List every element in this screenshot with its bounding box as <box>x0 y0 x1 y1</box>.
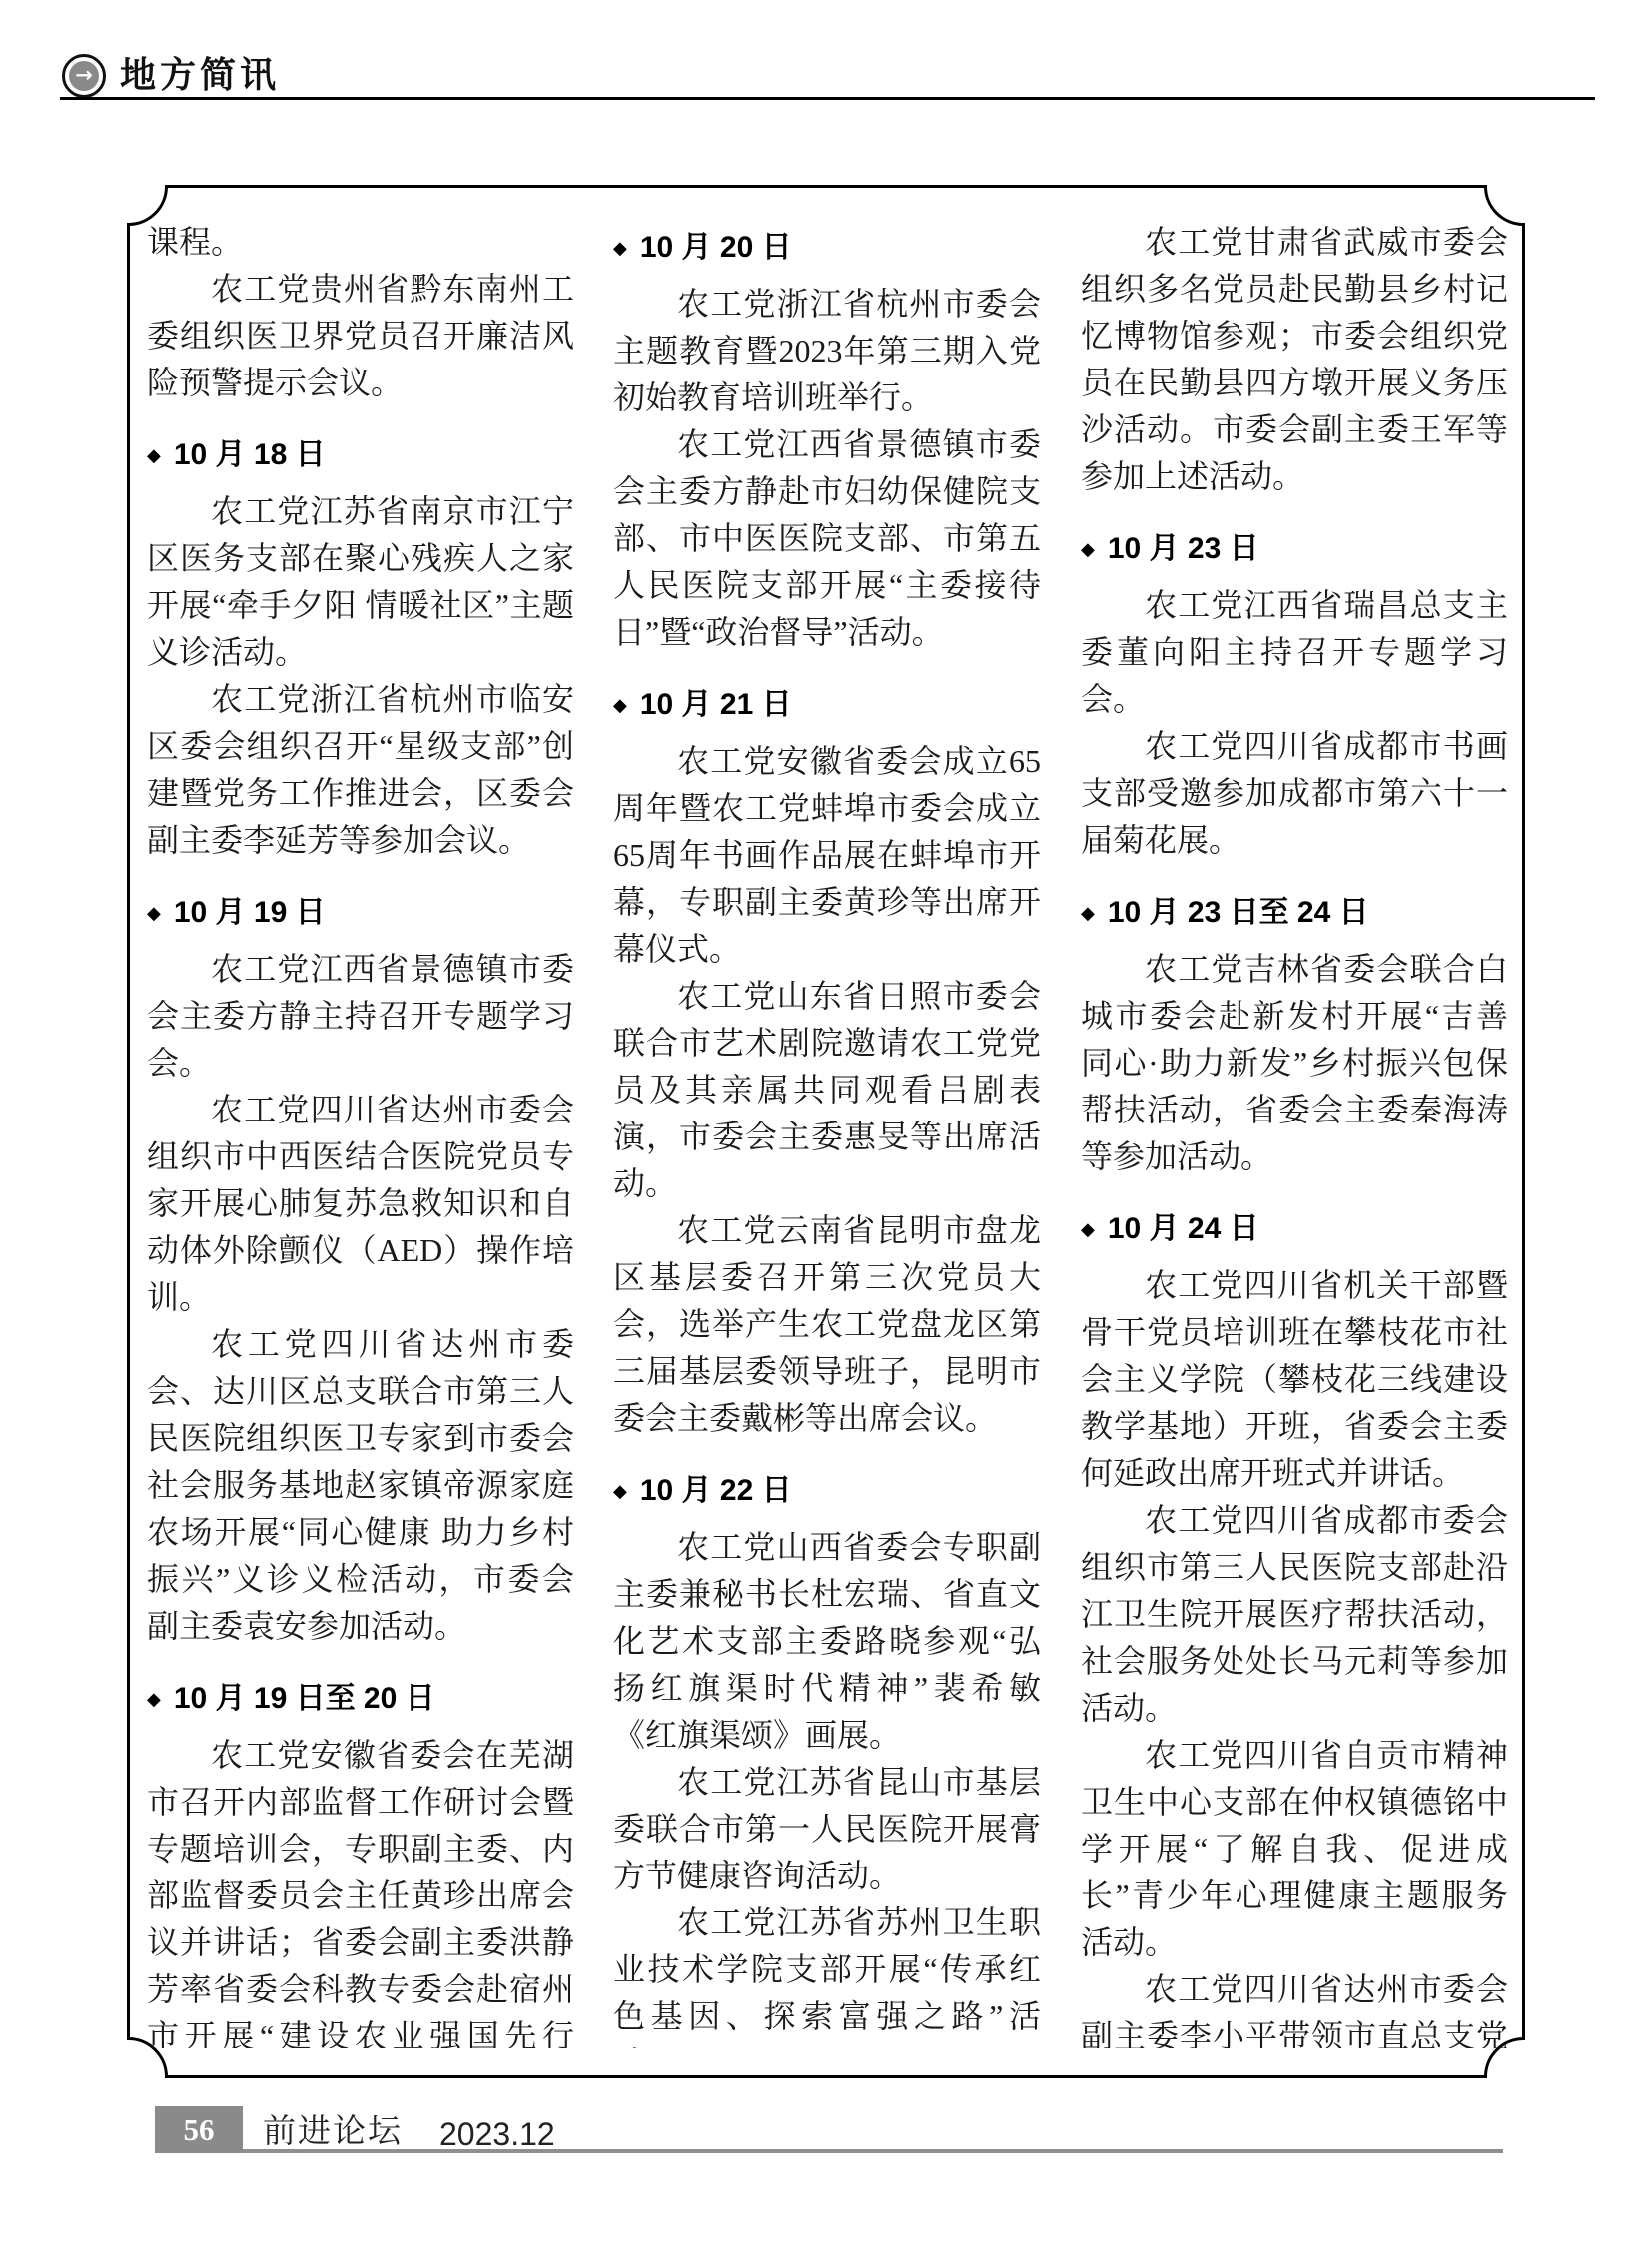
right-arrow-icon: → <box>75 65 93 86</box>
date-heading: ◆10 月 19 日 <box>147 891 574 935</box>
text-column-1: 课程。农工党贵州省黔东南州工委组织医卫界党员召开廉洁风险预警提示会议。◆10 月… <box>147 219 574 2048</box>
date-heading-text: 10 月 23 日 <box>1108 527 1259 571</box>
paragraph: 农工党甘肃省武威市委会组织多名党员赴民勤县乡村记忆博物馆参观；市委会组织党员在民… <box>1081 219 1508 500</box>
paragraph: 农工党四川省成都市委会组织市第三人民医院支部赴沿江卫生院开展医疗帮扶活动，社会服… <box>1081 1497 1508 1732</box>
paragraph: 农工党江苏省南京市江宁区医务支部在聚心残疾人之家开展“牵手夕阳 情暖社区”主题义… <box>147 488 574 676</box>
diamond-bullet-icon: ◆ <box>1081 541 1095 559</box>
date-heading-text: 10 月 21 日 <box>640 683 792 727</box>
paragraph: 课程。 <box>147 219 574 266</box>
paragraph: 农工党四川省达州市委会、达川区总支联合市第三人民医院组织医卫专家到市委会社会服务… <box>147 1321 574 1650</box>
paragraph: 农工党四川省自贡市精神卫生中心支部在仲权镇德铭中学开展“了解自我、促进成长”青少… <box>1081 1732 1508 1966</box>
paragraph: 农工党江西省景德镇市委会主委方静赴市妇幼保健院支部、市中医医院支部、市第五人民医… <box>613 421 1041 656</box>
paragraph: 农工党山西省委会专职副主委兼秘书长杜宏瑞、省直文化艺术支部主委路晓参观“弘扬红旗… <box>613 1524 1041 1759</box>
paragraph: 农工党浙江省杭州市委会主题教育暨2023年第三期入党初始教育培训班举行。 <box>613 281 1041 421</box>
date-heading: ◆10 月 21 日 <box>613 683 1041 727</box>
date-heading-text: 10 月 22 日 <box>640 1469 792 1513</box>
magazine-page: → 地方简讯 课程。农工党贵州省黔东南州工委组织医卫界党员召开廉洁风险预警提示会… <box>0 0 1652 2242</box>
paragraph: 农工党四川省机关干部暨骨干党员培训班在攀枝花市社会主义学院（攀枝花三线建设教学基… <box>1081 1262 1508 1497</box>
date-heading-text: 10 月 19 日至 20 日 <box>174 1677 435 1721</box>
paragraph: 农工党贵州省黔东南州工委组织医卫界党员召开廉洁风险预警提示会议。 <box>147 266 574 406</box>
diamond-bullet-icon: ◆ <box>147 447 161 465</box>
arrow-disc-icon: → <box>69 61 99 91</box>
section-title: 地方简讯 <box>120 53 280 97</box>
paragraph: 农工党云南省昆明市盘龙区基层委召开第三次党员大会，选举产生农工党盘龙区第三届基层… <box>613 1207 1041 1442</box>
text-column-2: ◆10 月 20 日农工党浙江省杭州市委会主题教育暨2023年第三期入党初始教育… <box>613 219 1041 2048</box>
paragraph: 农工党江西省景德镇市委会主委方静主持召开专题学习会。 <box>147 946 574 1087</box>
date-heading-text: 10 月 19 日 <box>174 891 326 935</box>
paragraph: 农工党江苏省昆山市基层委联合市第一人民医院开展膏方节健康咨询活动。 <box>613 1759 1041 1899</box>
diamond-bullet-icon: ◆ <box>147 1691 161 1709</box>
paragraph: 农工党安徽省委会在芜湖市召开内部监督工作研讨会暨专题培训会，专职副主委、内部监督… <box>147 1732 574 2048</box>
diamond-bullet-icon: ◆ <box>613 1483 627 1501</box>
paragraph: 农工党四川省达州市委会副主委李小平带领市直总支党员在凤凰职业技术学校进行以 <box>1081 1966 1508 2048</box>
issue-number: 2023.12 <box>439 2114 555 2154</box>
paragraph: 农工党四川省达州市委会组织市中西医结合医院党员专家开展心肺复苏急救知识和自动体外… <box>147 1087 574 1321</box>
date-heading: ◆10 月 23 日至 24 日 <box>1081 891 1508 935</box>
header-rule <box>60 97 1595 100</box>
paragraph: 农工党浙江省杭州市临安区委会组织召开“星级支部”创建暨党务工作推进会，区委会副主… <box>147 676 574 864</box>
date-heading: ◆10 月 18 日 <box>147 433 574 477</box>
diamond-bullet-icon: ◆ <box>613 697 627 715</box>
diamond-bullet-icon: ◆ <box>1081 905 1095 923</box>
paragraph: 农工党四川省成都市书画支部受邀参加成都市第六十一届菊花展。 <box>1081 723 1508 864</box>
page-number-badge: 56 <box>155 2106 243 2153</box>
footer-rule <box>243 2149 1503 2153</box>
date-heading-text: 10 月 20 日 <box>640 226 792 270</box>
paragraph: 农工党山东省日照市委会联合市艺术剧院邀请农工党党员及其亲属共同观看吕剧表演，市委… <box>613 973 1041 1207</box>
date-heading-text: 10 月 18 日 <box>174 433 326 477</box>
date-heading: ◆10 月 22 日 <box>613 1469 1041 1513</box>
paragraph: 农工党吉林省委会联合白城市委会赴新发村开展“吉善同心·助力新发”乡村振兴包保帮扶… <box>1081 946 1508 1180</box>
date-heading-text: 10 月 23 日至 24 日 <box>1108 891 1369 935</box>
date-heading: ◆10 月 23 日 <box>1081 527 1508 571</box>
section-logo-icon: → <box>62 54 106 98</box>
date-heading: ◆10 月 24 日 <box>1081 1207 1508 1251</box>
text-column-3: 农工党甘肃省武威市委会组织多名党员赴民勤县乡村记忆博物馆参观；市委会组织党员在民… <box>1081 219 1508 2048</box>
diamond-bullet-icon: ◆ <box>1081 1221 1095 1239</box>
date-heading: ◆10 月 19 日至 20 日 <box>147 1677 574 1721</box>
paragraph: 农工党安徽省委会成立65周年暨农工党蚌埠市委会成立65周年书画作品展在蚌埠市开幕… <box>613 738 1041 973</box>
paragraph: 农工党江西省瑞昌总支主委董向阳主持召开专题学习会。 <box>1081 582 1508 723</box>
journal-name: 前进论坛 <box>263 2112 403 2152</box>
diamond-bullet-icon: ◆ <box>613 240 627 258</box>
paragraph: 农工党江苏省苏州卫生职业技术学院支部开展“传承红色基因、探索富强之路”活动。 <box>613 1899 1041 2048</box>
date-heading: ◆10 月 20 日 <box>613 226 1041 270</box>
date-heading-text: 10 月 24 日 <box>1108 1207 1259 1251</box>
diamond-bullet-icon: ◆ <box>147 905 161 923</box>
